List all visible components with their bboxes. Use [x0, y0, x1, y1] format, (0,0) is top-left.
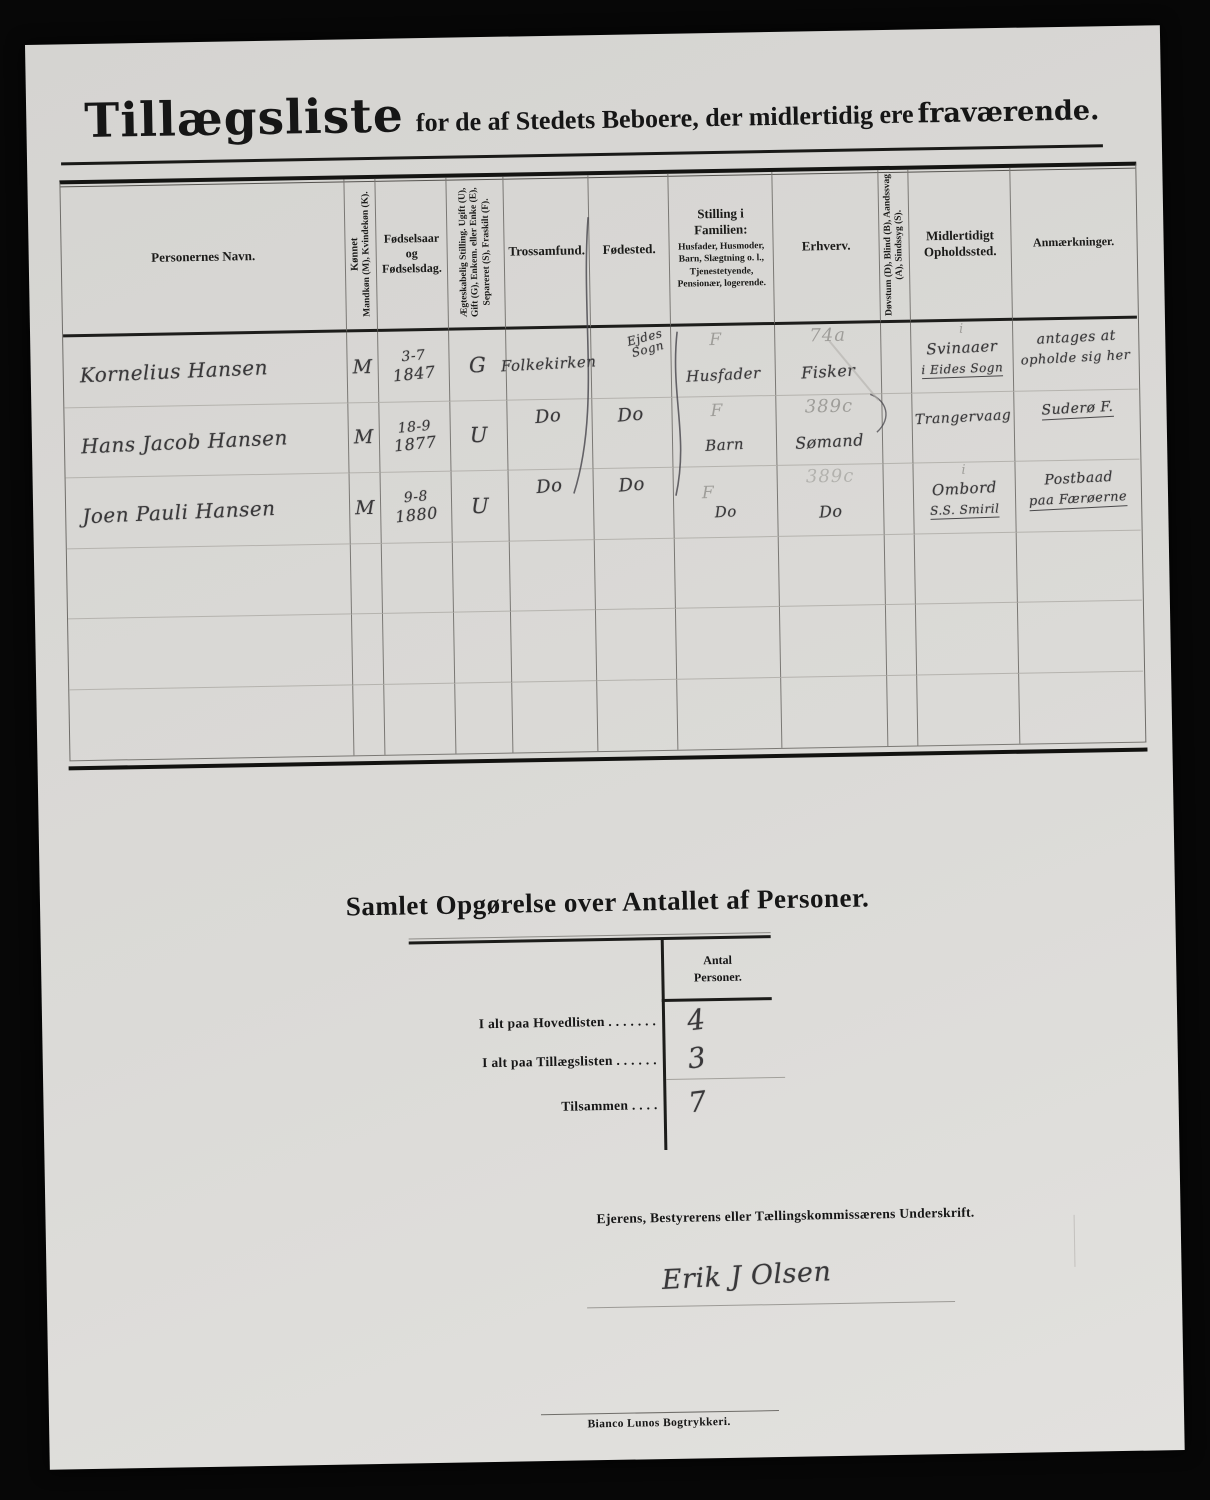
- empty-cell: [1019, 671, 1144, 744]
- empty-cell: [455, 682, 513, 753]
- cell-sex: M: [348, 402, 380, 473]
- summary-label-hovedlisten: I alt paa Hovedlisten . . . . . . .: [410, 1002, 663, 1044]
- pencil-mark: F: [702, 483, 715, 503]
- scan-background: { "title": { "main": "Tillægsliste", "mi…: [0, 0, 1210, 1500]
- empty-cell: [1017, 530, 1142, 603]
- cell-family-position: FHusfader: [671, 325, 776, 397]
- empty-cell: [597, 679, 678, 751]
- empty-cell: [510, 540, 596, 612]
- empty-cell: [453, 541, 511, 612]
- cell-birthplace: EjdesSogn: [591, 327, 672, 399]
- cell-birthdate: 3-71847: [378, 331, 450, 403]
- title-main: Tillægsliste: [84, 88, 404, 149]
- empty-cell: [915, 532, 1018, 604]
- title-emphasis: fraværende.: [917, 95, 1099, 129]
- cell-remarks: Suderø F.: [1014, 389, 1139, 462]
- family-position-title: Stilling i Familien:: [669, 205, 773, 239]
- cell-birthplace: Do: [593, 468, 674, 540]
- empty-cell: [67, 544, 352, 619]
- signature-label: Ejerens, Bestyrerens eller Tællingskommi…: [465, 1202, 1105, 1229]
- cell-sex: M: [350, 473, 382, 544]
- cell-occupation: 389cDo: [777, 464, 884, 536]
- empty-cell: [917, 673, 1020, 745]
- empty-cell: [454, 612, 512, 683]
- stray-pencil-mark: [1074, 1215, 1076, 1267]
- summary-value-tilsammen: 7: [663, 1078, 774, 1130]
- col-header-sex: KønnetMandkøn (M), Kvindekøn (K).: [344, 179, 378, 333]
- page-title: Tillægslistefor de af Stedets Beboere, d…: [84, 76, 1115, 149]
- empty-cell: [780, 605, 887, 677]
- family-position-sub: Husfader, Husmoder, Barn, Slægtning o. l…: [675, 240, 768, 291]
- empty-cell: [781, 676, 888, 748]
- cell-birthdate: 18-91877: [379, 401, 451, 473]
- col-header-birthplace: Fødested.: [588, 174, 671, 328]
- empty-cell: [511, 610, 597, 682]
- col-header-occupation: Erhverv.: [772, 170, 881, 325]
- pencil-code: 389c: [777, 465, 882, 488]
- cell-religion: Do: [509, 469, 595, 541]
- empty-cell: [595, 538, 676, 610]
- col-header-remarks: Anmærkninger.: [1010, 166, 1137, 321]
- pencil-code: 74a: [775, 324, 880, 347]
- title-rule: [61, 144, 1103, 165]
- cell-birthplace: Do: [592, 397, 673, 469]
- cell-family-position: FBarn: [672, 395, 777, 467]
- empty-cell: [887, 675, 918, 746]
- cell-marital: U: [452, 471, 510, 542]
- col-header-family-position: Stilling i Familien: Husfader, Husmoder,…: [668, 172, 775, 327]
- cell-disability: [883, 464, 914, 535]
- col-header-marital-status: Ægteskabelig Stilling. Ugift (U), Gift (…: [446, 177, 506, 331]
- cell-sex: M: [347, 332, 379, 403]
- col-header-birthdate: Fødselsaar og Fødselsdag.: [375, 178, 449, 332]
- cell-name: Hans Jacob Hansen: [64, 403, 349, 478]
- pencil-code: 389c: [776, 395, 881, 418]
- empty-cell: [68, 614, 353, 689]
- empty-cell: [383, 613, 455, 685]
- printer-imprint: Bianco Lunos Bogtrykkeri.: [499, 1414, 819, 1432]
- cell-remarks: antages atopholde sig her: [1013, 319, 1138, 392]
- empty-cell: [69, 685, 354, 760]
- scanned-census-page: Tillægslistefor de af Stedets Beboere, d…: [25, 25, 1185, 1470]
- empty-cell: [677, 677, 782, 749]
- summary-label-tillaegslisten: I alt paa Tillægslisten . . . . . .: [411, 1040, 664, 1084]
- cell-religion: Folkekirken: [506, 328, 592, 400]
- col-header-sex-codes: Mandkøn (M), Kvindekøn (K).: [360, 180, 374, 328]
- col-header-temporary-residence: Midlertidigt Opholdssted.: [908, 168, 1013, 323]
- cell-occupation: 389cSømand: [776, 394, 883, 466]
- col-header-disability: Døvstum (D), Blind (B), Aandssvag (A), S…: [878, 170, 911, 324]
- printer-rule: [541, 1410, 779, 1415]
- empty-cell: [353, 684, 385, 755]
- cell-disability: [882, 393, 913, 464]
- summary-divider-tail: [664, 1128, 774, 1150]
- col-header-name: Personernes Navn.: [60, 179, 347, 337]
- cell-name: Kornelius Hansen: [63, 332, 348, 407]
- empty-cell: [352, 614, 384, 685]
- empty-cell: [916, 603, 1019, 675]
- signature-line: [587, 1301, 955, 1308]
- cell-family-position: FDo: [673, 466, 778, 538]
- summary-col-header: Antal Personer.: [661, 938, 772, 1002]
- empty-cell: [1018, 601, 1143, 674]
- cell-marital: U: [450, 400, 508, 471]
- empty-cell: [676, 607, 781, 679]
- empty-cell: [382, 542, 454, 614]
- empty-cell: [384, 683, 456, 755]
- pencil-mark: F: [710, 400, 723, 420]
- cell-name: Joen Pauli Hansen: [66, 473, 351, 548]
- empty-cell: [512, 681, 598, 753]
- empty-cell: [675, 536, 780, 608]
- cell-remarks: Postbaadpaa Færøerne: [1015, 460, 1140, 533]
- cell-disability: [881, 323, 912, 394]
- cell-residence: iOmbordS.S. Smiril: [913, 462, 1016, 534]
- cell-religion: Do: [507, 399, 593, 471]
- cell-marital: G: [449, 330, 507, 401]
- cell-birthdate: 9-81880: [381, 472, 453, 544]
- census-table-grid: Personernes Navn. KønnetMandkøn (M), Kvi…: [60, 166, 1145, 761]
- empty-cell: [886, 605, 917, 676]
- pencil-tick: i: [913, 462, 1014, 479]
- summary-title: Samlet Opgørelse over Antallet af Person…: [40, 877, 1175, 928]
- summary-table: Antal Personer. I alt paa Hovedlisten . …: [409, 932, 775, 1154]
- summary-value-tillaegslisten: 3: [662, 1038, 773, 1080]
- summary-value-hovedlisten: 4: [662, 1000, 773, 1040]
- col-header-religion: Trossamfund.: [503, 175, 591, 329]
- pencil-tick: i: [911, 321, 1012, 338]
- title-subtitle: for de af Stedets Beboere, der midlertid…: [416, 100, 914, 138]
- cell-residence: Trangervaag: [912, 391, 1015, 463]
- cell-residence: iSvinaaeri Eides Sogn: [911, 321, 1014, 393]
- empty-cell: [885, 534, 916, 605]
- signature-handwritten: Erik J Olsen: [566, 1251, 927, 1301]
- empty-cell: [779, 535, 886, 607]
- cell-occupation: 74aFisker: [775, 323, 882, 395]
- empty-cell: [596, 609, 677, 681]
- pencil-mark: F: [709, 330, 722, 350]
- summary-label-tilsammen: Tilsammen . . . .: [411, 1080, 664, 1134]
- census-table: Personernes Navn. KønnetMandkøn (M), Kvi…: [59, 162, 1146, 762]
- empty-cell: [351, 543, 383, 614]
